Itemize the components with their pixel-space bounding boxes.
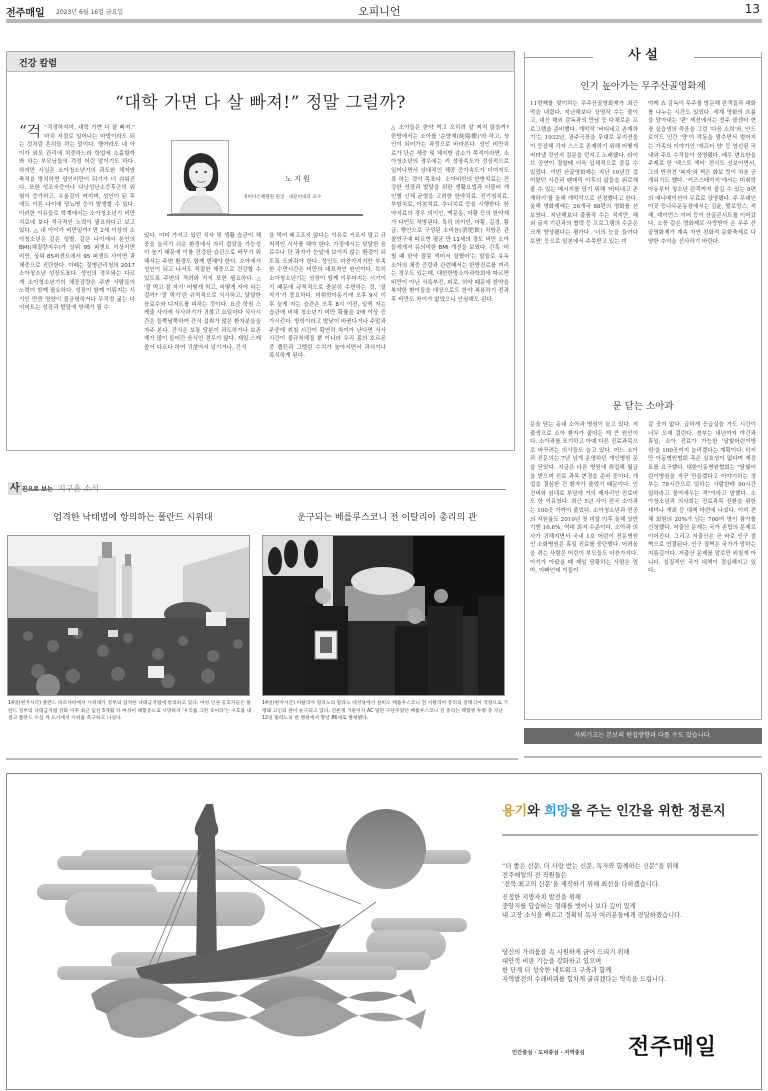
author-name: 노 지 원 bbox=[285, 174, 310, 184]
issue-date: 2023년 6월 16일 금요일 bbox=[56, 7, 123, 16]
ad-paragraph-1: “더 좋은 신문, 더 사랑 받는 신문, 독자와 함께하는 신문”을 위해 전… bbox=[502, 862, 679, 889]
berlusconi-funeral-photo bbox=[262, 535, 505, 696]
photo-news-header-small: 진으로 보는 bbox=[22, 486, 53, 493]
editorial-2-text-left: 문을 닫는 동네 소아과 병원이 늘고 있다. 저출생으로 소아 환자가 줄어든… bbox=[530, 421, 638, 711]
section-title: 오피니언 bbox=[358, 3, 401, 19]
ad-headline-rule bbox=[502, 834, 758, 836]
author-box: 노 지 원 경희다온혜명원 원장 · 내분비내과 교수 bbox=[167, 140, 363, 216]
poland-protest-photo bbox=[7, 535, 250, 696]
column-text-col3: 을 먹어 배고프지 않다는 이유로 거르지 말고 규칙적인 식사를 해야 한다.… bbox=[269, 232, 386, 444]
ad-logo: 전주매일 bbox=[628, 1030, 717, 1061]
ad-headline: 용기와 희망을 주는 인간을 위한 정론지 bbox=[502, 800, 726, 819]
disclaimer-notice: 사외기고는 본보의 편집방향과 다를 수도 있습니다. bbox=[524, 728, 762, 744]
paper-name: 전주매일 bbox=[6, 4, 45, 19]
author-role: 경희다온혜명원 원장 · 내분비내과 교수 bbox=[243, 194, 321, 200]
column-text-col4: △ 소아들은 한약 먹고 오히려 살 찌지 않을까? 한방에서는 소아를 '순양… bbox=[391, 124, 509, 444]
ship-illustration-icon bbox=[31, 804, 471, 1044]
column-text-col1: “걱“걱정하지마, 대학 가면 다 살 빠져.” 마치 저절로 일어나는 마법이… bbox=[19, 124, 135, 444]
photo-news-header-initial: 사 bbox=[8, 482, 22, 495]
editorial-1-text-right: 야케 쇼 감독이 무주를 방문해 관객들과 대화를 나누는 시간도 있었다. 세… bbox=[648, 100, 756, 376]
photo-2-title: 운구되는 베를루스코니 전 이탈리아 총리의 관 bbox=[262, 510, 512, 523]
editorial-1-text-left: 11번째를 맞이하는 무주산골영화제가 최근 막을 내렸다. 지난해보다 상영작… bbox=[530, 100, 638, 376]
editorial-1-title: 인기 높아가는 무주산골영화제 bbox=[524, 78, 762, 92]
ad-headline-hope: 희망 bbox=[544, 804, 569, 819]
ad-headline-courage: 용기 bbox=[502, 804, 527, 819]
photo-news-header: 사진으로 보는 지구촌 소식 bbox=[8, 476, 506, 490]
header-divider bbox=[6, 19, 762, 23]
editorial-bottom-rule bbox=[524, 756, 762, 758]
author-photo bbox=[171, 140, 229, 214]
page-number: 13 bbox=[745, 2, 760, 16]
editorial-2-text-right: 갈 곳이 없다. 급하게 응급실을 가도 시간이 너무 오래 걸린다. 정부는 … bbox=[648, 421, 756, 711]
column-text-col2: 있다. 이미 가지고 있던 식사 및 생활 습관이 체중을 늘리기 쉬운 환경에… bbox=[144, 232, 261, 444]
photo-news-header-gray: 지구촌 소식 bbox=[58, 484, 99, 493]
photo-1-caption: 14일(현지시각) 폴란드 바르샤바에서 시위대가 정부의 엄격한 낙태금지법에… bbox=[8, 700, 254, 723]
ad-paragraph-2: 진정한 지방자치 발전을 위해 중앙지를 답습하는 형태를 벗어나 보다 깊이 … bbox=[502, 893, 682, 920]
photo-news-bottom-rule bbox=[6, 758, 518, 760]
drop-quote: “걱 bbox=[19, 124, 41, 138]
ad-slogan: 인간중심 · 도덕중심 · 지역중심 bbox=[512, 1048, 585, 1056]
photo-1-title: 엄격한 낙태법에 항의하는 폴란드 시위대 bbox=[8, 510, 258, 523]
photo-2-caption: 14일(현지시간) 이탈리아 밀라노의 밀라노 대성당에서 실비오 베를루스코니… bbox=[262, 700, 508, 723]
column-label: 건강 칼럼 bbox=[7, 52, 514, 72]
ad-paragraph-3: 당신의 가려움을 속 시원하게 긁어 드리기 위해 대안적 비판 기능을 강화하… bbox=[502, 948, 666, 984]
column-title: “대학 가면 다 살 빠져!” 정말 그럴까? bbox=[7, 88, 514, 113]
health-column: 건강 칼럼 “대학 가면 다 살 빠져!” 정말 그럴까? 노 지 원 경희다온… bbox=[6, 51, 515, 451]
editorial-2-title: 문 닫는 소아과 bbox=[524, 398, 762, 412]
